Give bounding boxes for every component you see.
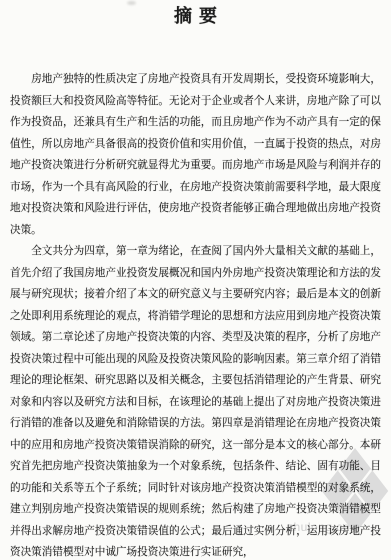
paragraph: 房地产独特的性质决定了房地产投资具有开发周期长，受投资环境影响大，投资额巨大和投… xyxy=(10,69,381,241)
abstract-body: 房地产独特的性质决定了房地产投资具有开发周期长，受投资环境影响大，投资额巨大和投… xyxy=(0,69,391,560)
scanned-abstract-page: zhulong.com 摘要 房地产独特的性质决定了房地产投资具有开发周期长，受… xyxy=(0,0,391,560)
abstract-title: 摘要 xyxy=(0,4,391,28)
paragraph: 全文共分为四章，第一章为绪论，在查阅了国内外大量相关文献的基础上，首先介绍了我国… xyxy=(10,241,381,560)
